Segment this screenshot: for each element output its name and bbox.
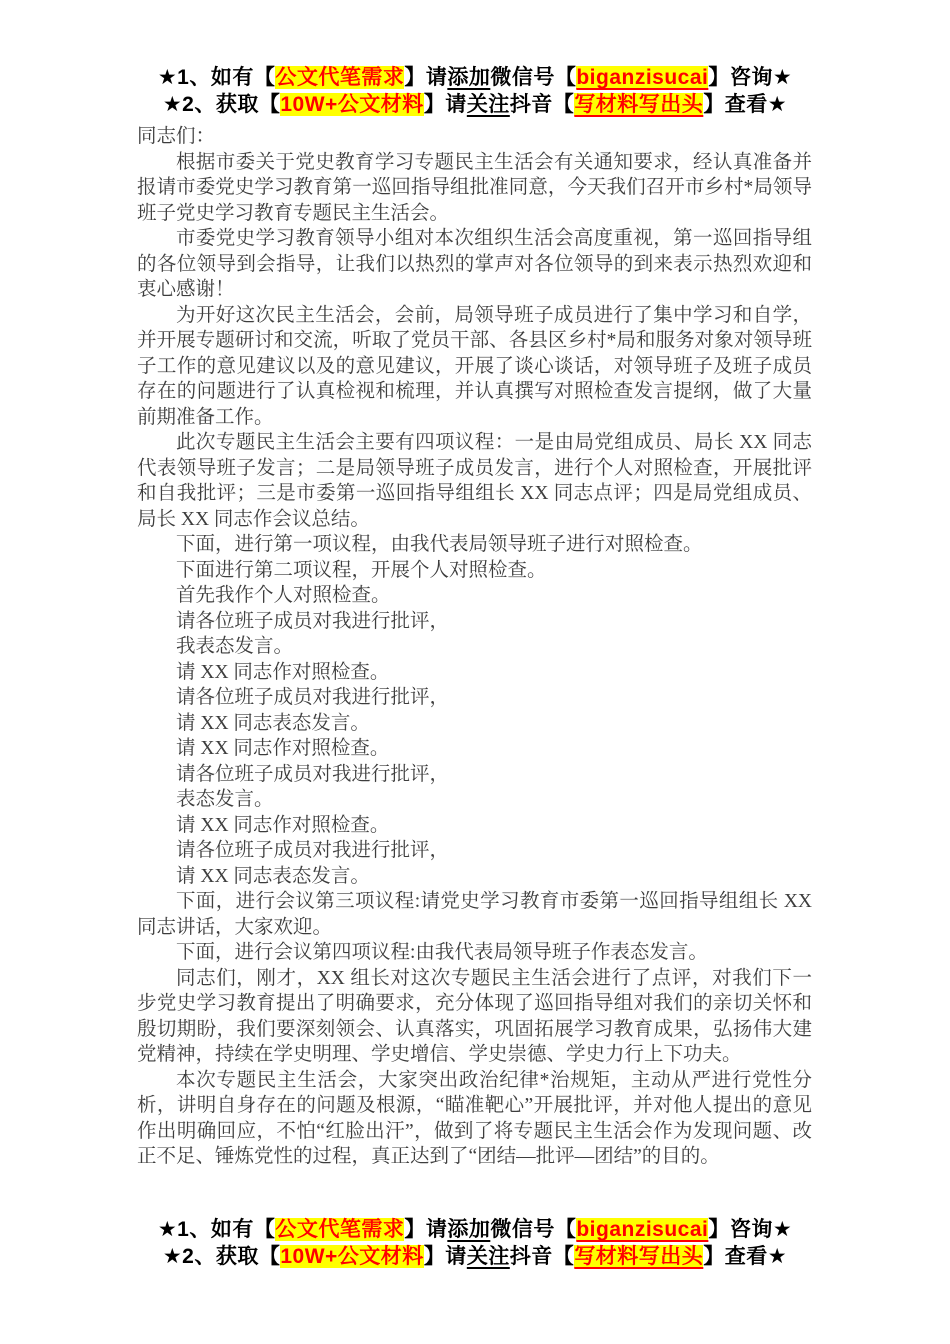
paragraph: 请各位班子成员对我进行批评，	[137, 609, 812, 635]
promo-text: 】咨询★	[708, 66, 792, 89]
promo-text: 】查看★	[703, 93, 787, 116]
promo-text: 】请	[424, 1245, 467, 1268]
paragraph: 请 XX 同志作对照检查。	[137, 736, 812, 762]
promo-text: 微信号【	[490, 1218, 576, 1241]
promo-footer: ★1、如有【公文代笔需求】请添加微信号【biganzisucai】咨询★ ★2、…	[0, 1216, 950, 1270]
paragraph: 本次专题民主生活会，大家突出政治纪律*治规矩，主动从严进行党性分析，讲明自身存在…	[137, 1068, 812, 1170]
salutation: 同志们：	[137, 124, 812, 150]
promo-text: 抖音【	[510, 1245, 575, 1268]
paragraph: 为开好这次民主生活会，会前，局领导班子成员进行了集中学习和自学，并开展专题研讨和…	[137, 303, 812, 431]
promo-text: 微信号【	[490, 66, 576, 89]
promo-text: ★2、获取【	[163, 93, 281, 116]
promo-highlight-service: 公文代笔需求	[275, 66, 404, 89]
promo-text: 】请	[404, 66, 447, 89]
promo-highlight-materials: 10W+公文材料	[280, 1245, 423, 1268]
paragraph: 请各位班子成员对我进行批评，	[137, 762, 812, 788]
promo-footer-line-2: ★2、获取【10W+公文材料】请关注抖音【写材料写出头】查看★	[0, 1243, 950, 1270]
paragraph: 下面，进行会议第四项议程:由我代表局领导班子作表态发言。	[137, 940, 812, 966]
promo-text: 】咨询★	[708, 1218, 792, 1241]
promo-text: 】查看★	[703, 1245, 787, 1268]
promo-text: 抖音【	[510, 93, 575, 116]
paragraph: 请各位班子成员对我进行批评，	[137, 685, 812, 711]
document-page: { "promo": { "colors": { "highlight": "#…	[0, 0, 950, 1344]
paragraph: 请 XX 同志作对照检查。	[137, 813, 812, 839]
promo-underline-add: 添加	[447, 1218, 490, 1241]
paragraph: 请 XX 同志表态发言。	[137, 864, 812, 890]
promo-douyin-id: 写材料写出头	[574, 93, 703, 116]
promo-underline-follow: 关注	[467, 1245, 510, 1268]
paragraph: 下面，进行第一项议程，由我代表局领导班子进行对照检查。	[137, 532, 812, 558]
promo-highlight-service: 公文代笔需求	[275, 1218, 404, 1241]
paragraph: 此次专题民主生活会主要有四项议程：一是由局党组成员、局长 XX 同志代表领导班子…	[137, 430, 812, 532]
paragraph: 请 XX 同志作对照检查。	[137, 660, 812, 686]
promo-text: 】请	[424, 93, 467, 116]
paragraph: 表态发言。	[137, 787, 812, 813]
promo-text: ★2、获取【	[163, 1245, 281, 1268]
paragraph: 下面，进行会议第三项议程:请党史学习教育市委第一巡回指导组组长 XX 同志讲话，…	[137, 889, 812, 940]
document-body: 同志们： 根据市委关于党史教育学习专题民主生活会有关通知要求，经认真准备并报请市…	[137, 124, 812, 1170]
promo-text: ★1、如有【	[158, 1218, 276, 1241]
promo-header: ★1、如有【公文代笔需求】请添加微信号【biganzisucai】咨询★ ★2、…	[0, 64, 950, 118]
promo-douyin-id: 写材料写出头	[574, 1245, 703, 1268]
paragraph: 市委党史学习教育领导小组对本次组织生活会高度重视，第一巡回指导组的各位领导到会指…	[137, 226, 812, 303]
paragraph: 根据市委关于党史教育学习专题民主生活会有关通知要求，经认真准备并报请市委党史学习…	[137, 150, 812, 227]
paragraph: 请 XX 同志表态发言。	[137, 711, 812, 737]
promo-header-line-2: ★2、获取【10W+公文材料】请关注抖音【写材料写出头】查看★	[0, 91, 950, 118]
promo-text: ★1、如有【	[158, 66, 276, 89]
promo-highlight-materials: 10W+公文材料	[280, 93, 423, 116]
paragraph: 同志们，刚才，XX 组长对这次专题民主生活会进行了点评，对我们下一步党史学习教育…	[137, 966, 812, 1068]
promo-header-line-1: ★1、如有【公文代笔需求】请添加微信号【biganzisucai】咨询★	[0, 64, 950, 91]
paragraph: 下面进行第二项议程，开展个人对照检查。	[137, 558, 812, 584]
paragraph: 我表态发言。	[137, 634, 812, 660]
promo-underline-add: 添加	[447, 66, 490, 89]
paragraph: 首先我作个人对照检查。	[137, 583, 812, 609]
promo-underline-follow: 关注	[467, 93, 510, 116]
promo-footer-line-1: ★1、如有【公文代笔需求】请添加微信号【biganzisucai】咨询★	[0, 1216, 950, 1243]
promo-wechat-id: biganzisucai	[576, 66, 708, 89]
paragraph: 请各位班子成员对我进行批评，	[137, 838, 812, 864]
promo-text: 】请	[404, 1218, 447, 1241]
promo-wechat-id: biganzisucai	[576, 1218, 708, 1241]
